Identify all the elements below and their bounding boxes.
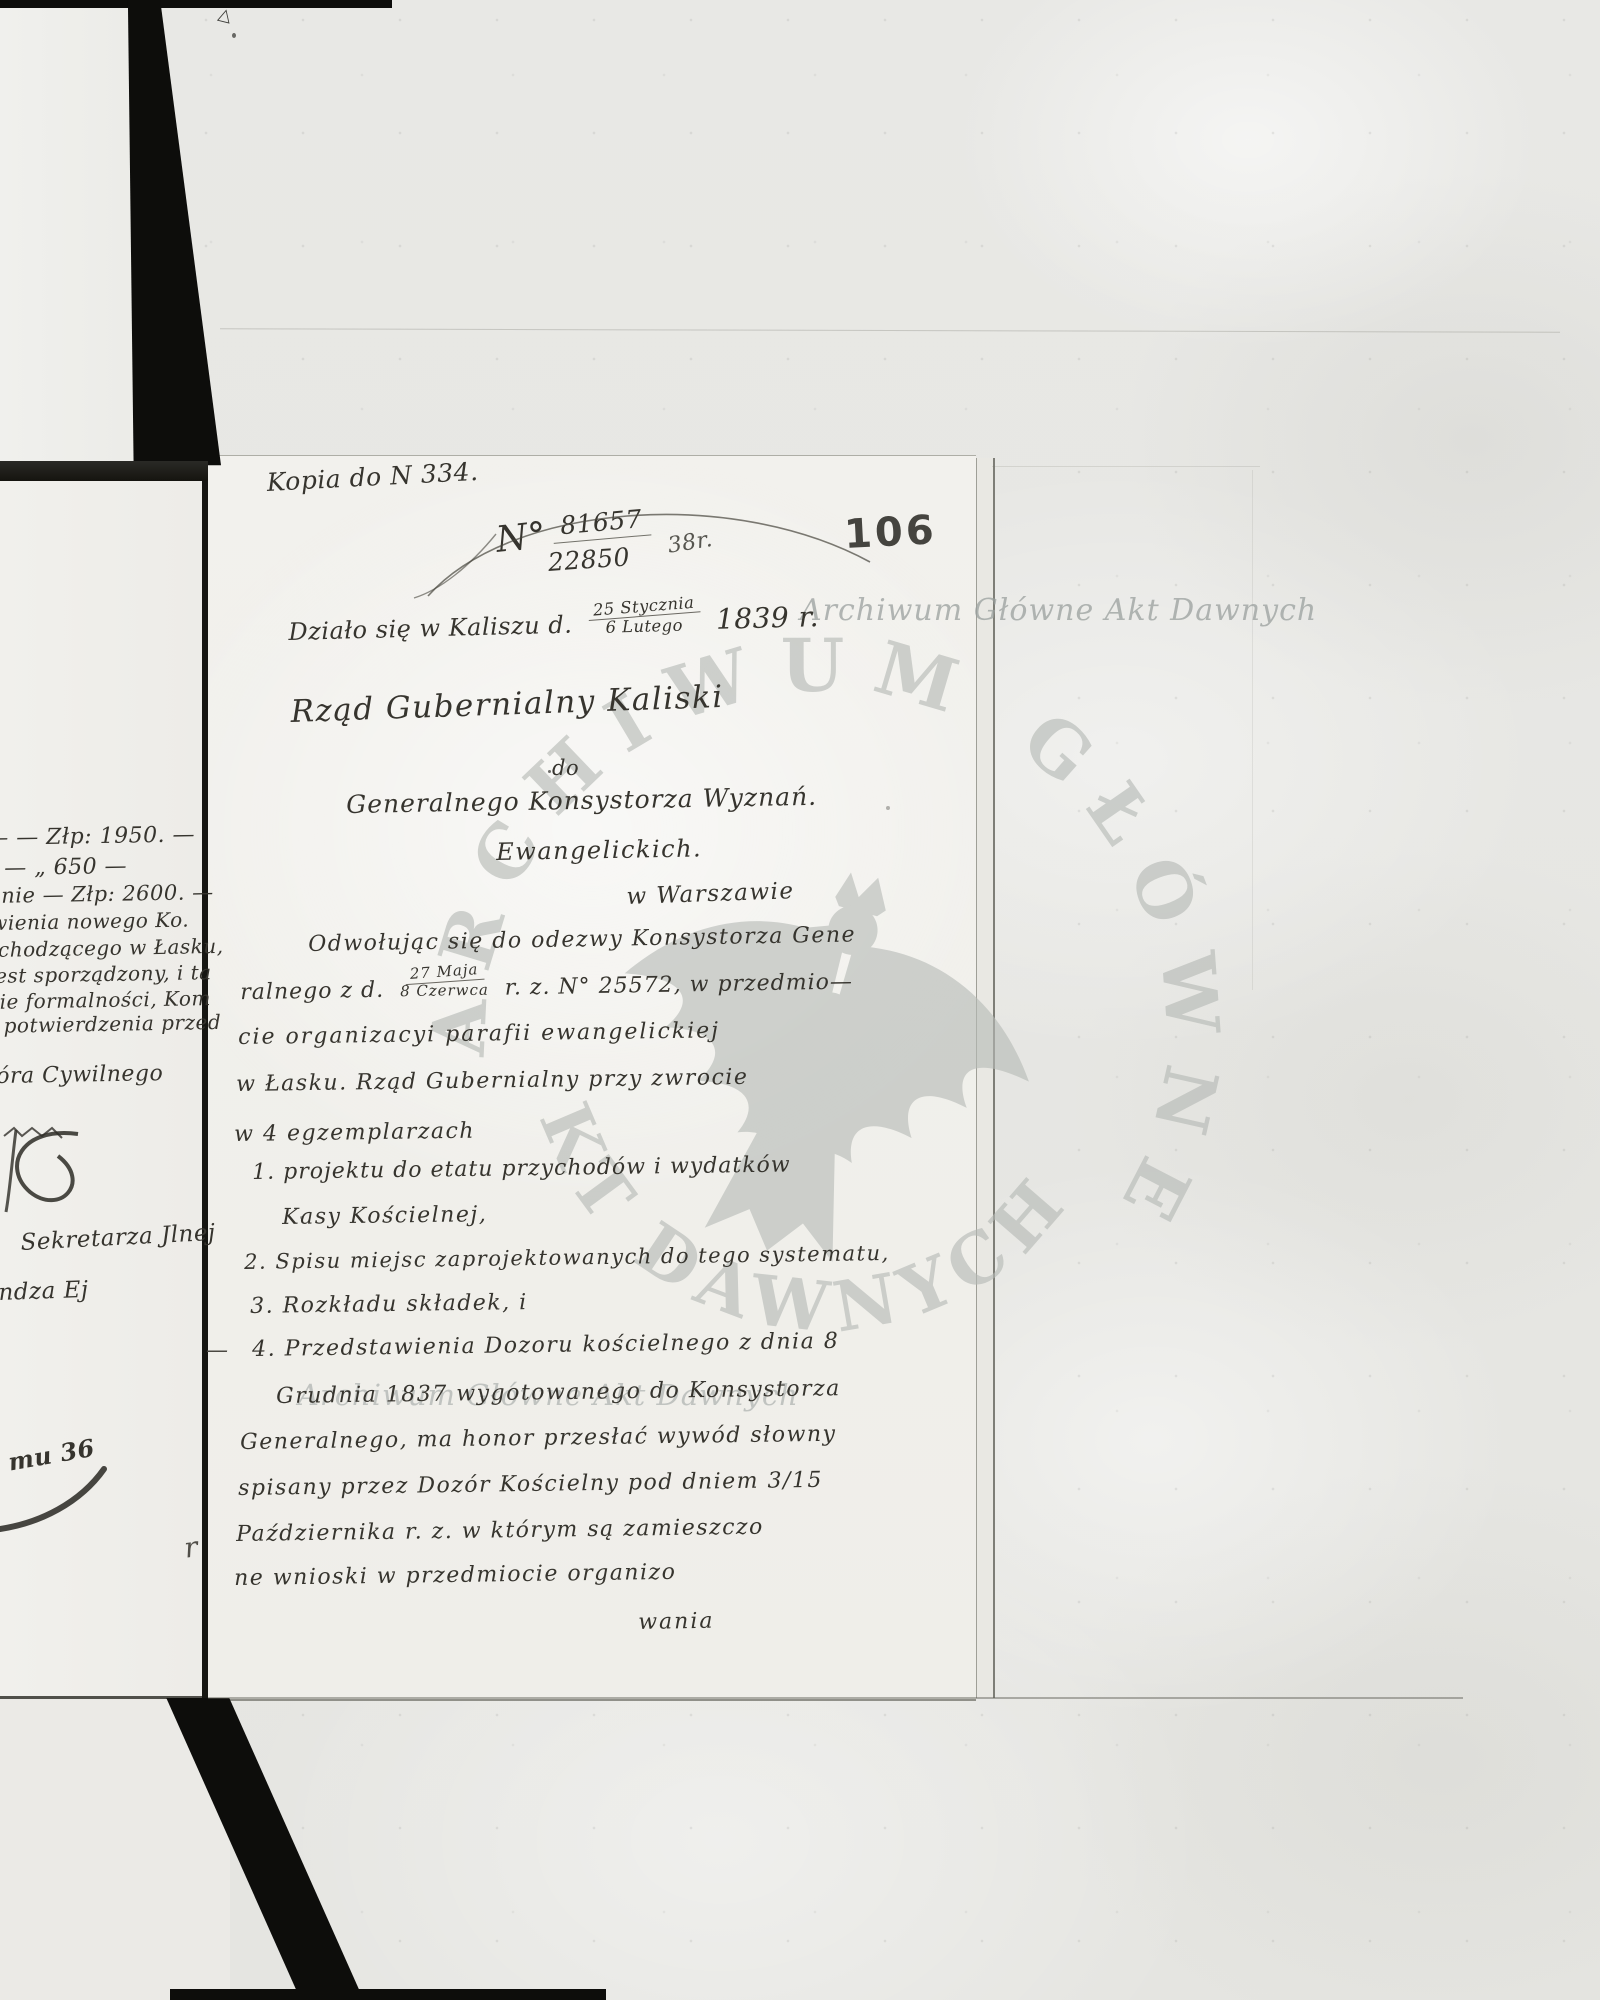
heading-addressee-2: Ewangelickich. — [496, 834, 702, 866]
manuscript-line: w 4 egzemplarzach — [234, 1119, 475, 1147]
frac-line-post: r. z. N° 25572, w przedmio— — [505, 969, 854, 1000]
date-year: 1839 r. — [716, 600, 820, 636]
left-fragment: — „ 650 — — [4, 854, 127, 881]
margin-dash: — — [206, 1338, 229, 1363]
left-gutter-shadow — [202, 464, 208, 1698]
left-fragment: anie — Złp: 2600. — — [0, 880, 214, 908]
manuscript-line: 3. Rozkładu składek, i — [250, 1290, 528, 1319]
date-prefix: Działo się w Kaliszu d. — [288, 611, 572, 646]
ink-speck — [300, 1216, 303, 1219]
frac-line-fraction: 27 Maja 8 Czerwca — [400, 964, 489, 1000]
left-fragment: o potwierdzenia przed — [0, 1010, 221, 1038]
heading-to: do — [552, 756, 579, 780]
corner-stamp-dot — [232, 33, 236, 38]
left-page-top-shadow — [0, 461, 208, 481]
left-fragment: ndza Ej — [0, 1277, 89, 1306]
manuscript-line: Kasy Kościelnej, — [282, 1202, 487, 1230]
left-swoosh-flourish — [0, 1455, 120, 1535]
backdrop-corner-crease — [992, 466, 1260, 467]
left-fragment: — — Złp: 1950. — — [0, 822, 195, 851]
bottom-page-crease — [208, 1697, 1463, 1699]
scan-canvas: △ Archiwum Główne Akt Dawnych Archiwum G… — [0, 0, 1600, 2000]
left-fragment: ychodzącego w Łasku, — [0, 934, 224, 962]
ink-speck — [886, 806, 890, 810]
top-edge-black-bar — [0, 0, 392, 8]
left-fragment: wienia nowego Ko. — [0, 908, 189, 935]
page-number-pencil: 106 — [843, 507, 938, 558]
left-fragment: iest sporządzony, i ta — [0, 960, 212, 988]
frac-line-pre: ralnego z d. — [240, 978, 384, 1006]
manuscript-line: wania — [638, 1609, 715, 1635]
bottom-edge-black-bar — [170, 1989, 606, 2000]
date-fraction: 25 Stycznia 6 Lutego — [588, 596, 701, 636]
left-fragment: óra Cywilnego — [0, 1061, 163, 1089]
left-signature-flourish — [0, 1120, 120, 1230]
ink-speck — [548, 770, 551, 773]
